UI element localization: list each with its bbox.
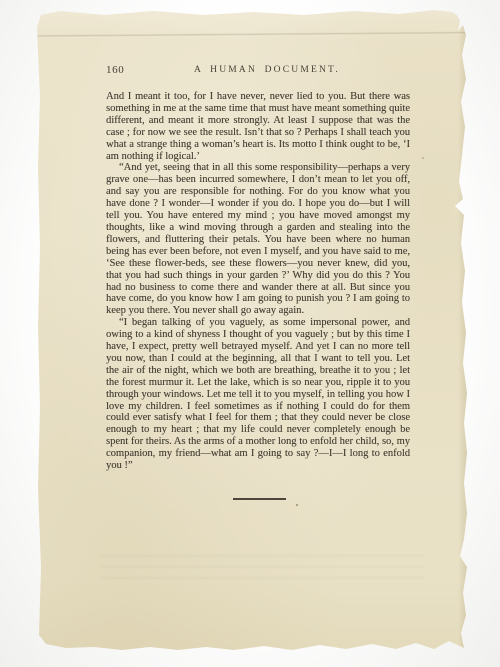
page-top-crease bbox=[34, 31, 468, 37]
running-header-title: A HUMAN DOCUMENT. bbox=[115, 64, 419, 77]
book-page-sheet: 160 A HUMAN DOCUMENT. And I meant it too… bbox=[34, 7, 468, 655]
deckle-edge-shading bbox=[458, 7, 468, 655]
paragraph: “And yet, seeing that in all this some r… bbox=[106, 162, 410, 317]
section-separator-rule bbox=[233, 498, 286, 500]
ink-speck bbox=[296, 504, 298, 506]
body-text: And I meant it too, for I have never, ne… bbox=[106, 91, 410, 472]
ink-speck bbox=[422, 157, 424, 159]
show-through-ghost-text bbox=[100, 555, 424, 587]
paragraph: “I began talking of you vaguely, as some… bbox=[106, 317, 410, 472]
left-edge-shading bbox=[34, 7, 37, 655]
torn-top-edge-highlight bbox=[34, 7, 468, 10]
page-header: 160 A HUMAN DOCUMENT. bbox=[106, 64, 410, 77]
scan-background: 160 A HUMAN DOCUMENT. And I meant it too… bbox=[0, 0, 500, 667]
paragraph: And I meant it too, for I have never, ne… bbox=[106, 91, 410, 162]
text-block: 160 A HUMAN DOCUMENT. And I meant it too… bbox=[106, 64, 410, 500]
bottom-edge-shading bbox=[34, 650, 468, 655]
